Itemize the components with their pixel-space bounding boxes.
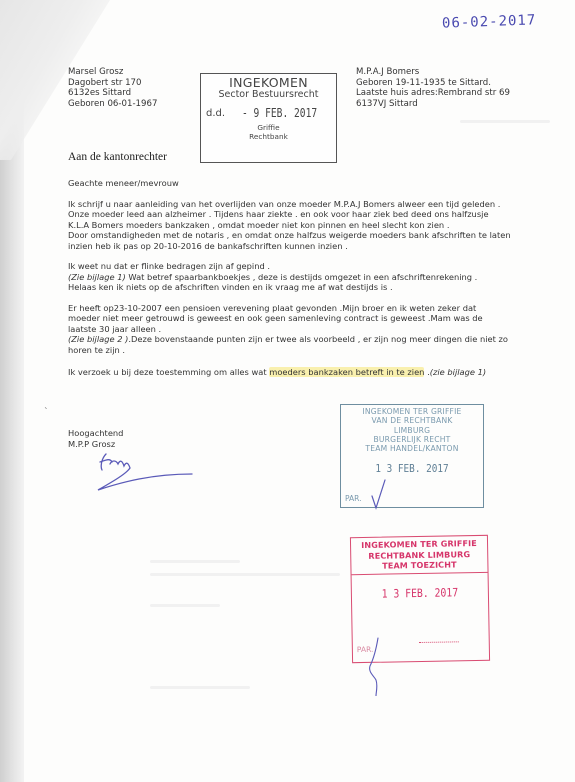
deceased-name: M.P.A.J Bomers [356, 67, 510, 78]
scan-mark: ˎ [44, 400, 49, 410]
letter-body: Geachte meneer/mevrouw Ik schrijf u naar… [68, 178, 568, 378]
sender-address: Marsel Grosz Dagobert str 170 6132es Sit… [68, 67, 157, 109]
request-paragraph: Ik verzoek u bij deze toestemming om all… [68, 367, 568, 378]
stamp-date: 1 3 FEB. 2017 [362, 584, 478, 600]
stamp-title: INGEKOMEN [201, 75, 336, 90]
stamp-sector: Sector Bestuursrecht [201, 89, 336, 100]
highlighted-text: moeders bankzaken betreft in te zien [269, 367, 424, 377]
deceased-birth: Geboren 19-11-1935 te Sittard. [356, 78, 510, 89]
deceased-last-address: Laatste huis adres:Rembrand str 69 [356, 88, 510, 99]
deceased-city: 6137VJ Sittard [356, 99, 510, 110]
paragraph-1-line: Ik schrijf u naar aanleiding van het ove… [68, 199, 568, 210]
addressee: Aan de kantonrechter [68, 151, 167, 163]
greeting: Geachte meneer/mevrouw [68, 178, 568, 189]
valediction: Hoogachtend [68, 428, 123, 439]
attachment-ref: (Zie bijlage 2 ) [68, 334, 128, 344]
stamp-line: LIMBURG [341, 426, 483, 435]
paragraph-3-line: Er heeft op23-10-2007 een pensioen verev… [68, 303, 568, 314]
sender-city: 6132es Sittard [68, 88, 157, 99]
show-through-mark [150, 686, 250, 689]
paragraph-1-line: Door omstandigheden met de notaris , en … [68, 230, 568, 241]
paragraph-3-line: laatste 30 jaar alleen . [68, 324, 568, 335]
handwritten-date: 06-02-2017 [442, 12, 537, 31]
show-through-mark [150, 604, 220, 607]
stamp-line: TEAM HANDEL/KANTON [341, 444, 483, 453]
paragraph-2-line: (Zie bijlage 1) Wat betref spaarbankboek… [68, 272, 568, 283]
sender-birthdate: Geboren 06-01-1967 [68, 99, 157, 110]
paragraph-2-line: Ik weet nu dat er flinke bedragen zijn a… [68, 261, 568, 272]
paragraph-1-line: K.L.A Bomers moeders bankzaken , omdat m… [68, 220, 568, 231]
paragraph-2-line: Helaas ken ik niets op de afschriften vi… [68, 282, 568, 293]
show-through-mark [460, 120, 550, 123]
stamp-date: 1 3 FEB. 2017 [352, 462, 473, 475]
stamp-footer-rechtbank: Rechtbank [201, 133, 336, 142]
paragraph-1-line: Onze moeder leed aan alzheimer . Tijdens… [68, 209, 568, 220]
sender-name: Marsel Grosz [68, 67, 157, 78]
received-stamp: INGEKOMEN Sector Bestuursrecht d.d. - 9 … [200, 73, 337, 163]
paragraph-1-line: inzien heb ik pas op 20-10-2016 de banka… [68, 241, 568, 252]
stamp-dd-label: d.d. [206, 108, 242, 119]
stamp-par-label: PAR. [345, 494, 362, 503]
handwritten-signature [92, 448, 202, 498]
court-received-stamp-blue: INGEKOMEN TER GRIFFIE VAN DE RECHTBANK L… [340, 404, 484, 508]
request-text: Ik verzoek u bij deze toestemming om all… [68, 367, 269, 377]
stamp-date: - 9 FEB. 2017 [242, 106, 317, 120]
paragraph-3-line: moeder niet meer getrouwd is geweest en … [68, 313, 568, 324]
stamp-line: VAN DE RECHTBANK [341, 416, 483, 425]
checkmark-icon [371, 478, 387, 510]
show-through-mark [150, 560, 240, 563]
initials-mark [366, 636, 386, 696]
stamp-signature-line [419, 641, 459, 643]
paragraph-3-text: .Deze bovenstaande punten zijn er twee a… [128, 334, 508, 344]
paragraph-3-line: (Zie bijlage 2 ).Deze bovenstaande punte… [68, 334, 568, 345]
sender-street: Dagobert str 170 [68, 78, 157, 89]
paragraph-2-text: Wat betref spaarbankboekjes , deze is de… [126, 272, 478, 282]
attachment-ref: (Zie bijlage 1) [68, 272, 126, 282]
deceased-details: M.P.A.J Bomers Geboren 19-11-1935 te Sit… [356, 67, 510, 109]
show-through-mark [150, 573, 340, 576]
stamp-line: INGEKOMEN TER GRIFFIE [341, 407, 483, 416]
closing: Hoogachtend M.P.P Grosz [68, 428, 123, 449]
stamp-line: BURGERLIJK RECHT [341, 435, 483, 444]
attachment-ref: (zie bijlage 1) [430, 367, 486, 377]
paragraph-3-line: horen te zijn . [68, 345, 568, 356]
